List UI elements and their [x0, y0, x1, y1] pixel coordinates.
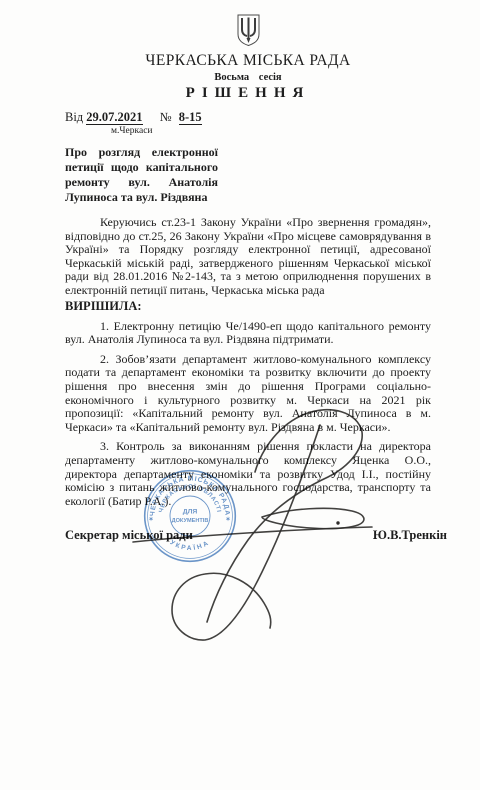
- resolution-item-3: 3. Контроль за виконанням рішення поклас…: [65, 440, 431, 508]
- document-date: 29.07.2021: [86, 110, 142, 125]
- council-name: ЧЕРКАСЬКА МІСЬКА РАДА: [65, 52, 431, 70]
- document-type: РІШЕННЯ: [65, 85, 431, 102]
- signature-row: Секретар міської ради Ю.В.Тренкін: [65, 528, 431, 543]
- session-label: Восьма сесія: [65, 72, 431, 83]
- number-sign: №: [160, 110, 172, 124]
- date-label: Від: [65, 110, 83, 124]
- resolution-item-1: 1. Електронну петицію Че/1490-еп щодо ка…: [65, 320, 431, 347]
- resolution-item-2: 2. Зобов’язати департамент житлово-комун…: [65, 353, 431, 435]
- city-label: м.Черкаси: [65, 126, 431, 136]
- document-header: ЧЕРКАСЬКА МІСЬКА РАДА Восьма сесія РІШЕН…: [65, 13, 431, 102]
- document-number: 8-15: [179, 110, 202, 125]
- signatory-title: Секретар міської ради: [65, 528, 193, 543]
- date-line: Від 29.07.2021 № 8-15: [65, 110, 431, 125]
- ukraine-trident-emblem-icon: [235, 13, 262, 47]
- preamble-paragraph: Керуючись ст.23-1 Закону України «Про зв…: [65, 216, 431, 298]
- scanned-document-page: ЧЕРКАСЬКА МІСЬКА РАДА Восьма сесія РІШЕН…: [0, 0, 480, 543]
- document-subject: Про розгляд електронної петиції щодо кап…: [65, 145, 218, 205]
- signatory-name: Ю.В.Тренкін: [373, 528, 447, 543]
- resolved-label: ВИРІШИЛА:: [65, 299, 431, 314]
